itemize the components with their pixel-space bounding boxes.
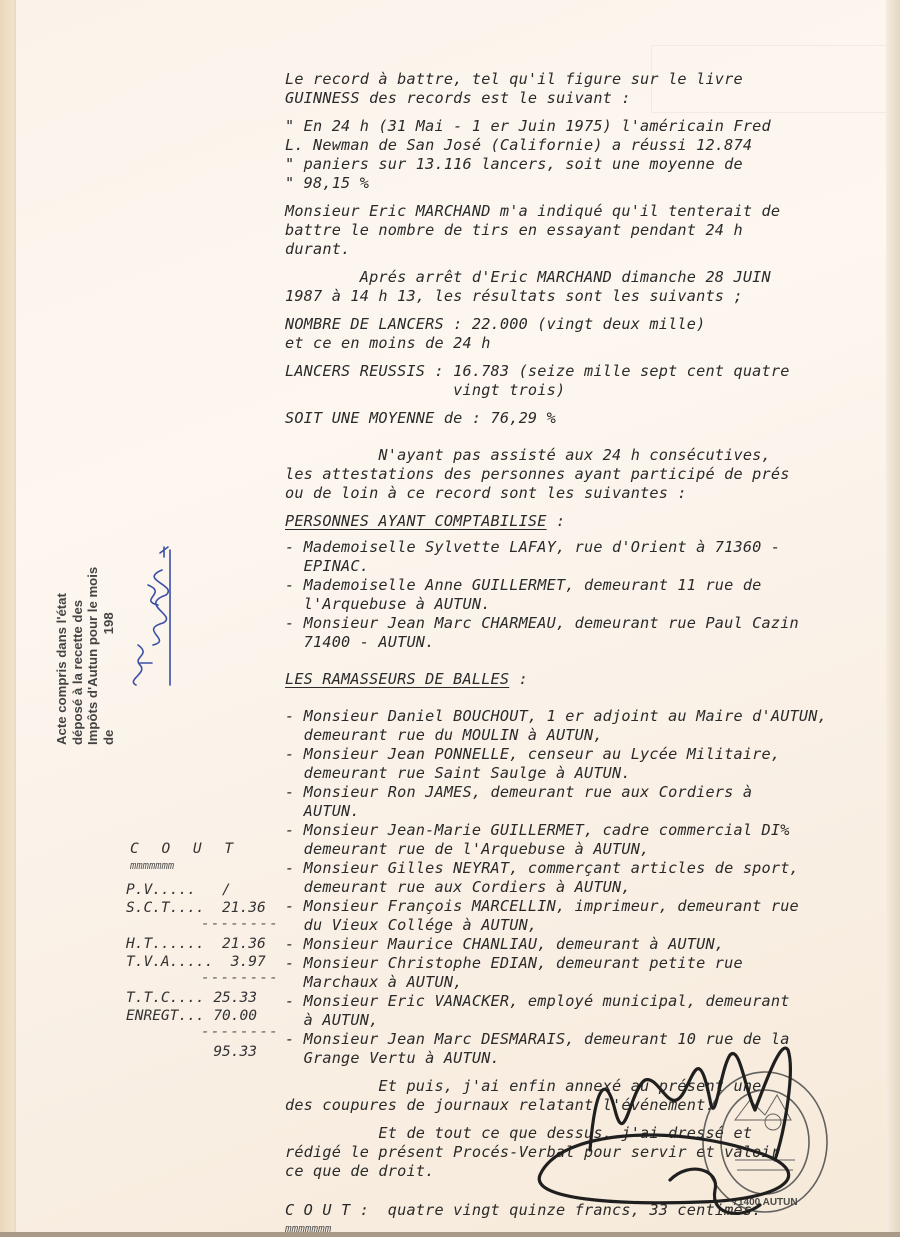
cost-label: H.T...... — [126, 936, 205, 952]
text-line: " En 24 h (31 Mai - 1 er Juin 1975) l'am… — [285, 117, 875, 136]
text-line: demeurant rue Saint Saulge à AUTUN. — [285, 764, 875, 783]
cost-rows: P.V..... /S.C.T.... 21.36--------H.T....… — [126, 881, 279, 1062]
text-line: et ce en moins de 24 h — [285, 334, 875, 353]
text-line: Monsieur Eric MARCHAND m'a indiqué qu'il… — [285, 202, 875, 221]
text-line: les attestations des personnes ayant par… — [285, 465, 875, 484]
text-line: 1987 à 14 h 13, les résultats sont les s… — [285, 287, 875, 306]
cost-value: 70.00 — [213, 1008, 257, 1024]
text-line: - Monsieur Gilles NEYRAT, commerçant art… — [285, 859, 875, 878]
text-line: durant. — [285, 240, 875, 259]
text-line: NOMBRE DE LANCERS : 22.000 (vingt deux m… — [285, 315, 875, 334]
text-line: demeurant rue aux Cordiers à AUTUN, — [285, 878, 875, 897]
cost-value: 95.33 — [213, 1044, 257, 1060]
ball-collectors-list: - Monsieur Daniel BOUCHOUT, 1 er adjoint… — [285, 707, 875, 1068]
text-line: à AUTUN, — [285, 1011, 875, 1030]
cost-row: T.V.A..... 3.97 — [126, 953, 279, 972]
text-line: EPINAC. — [285, 557, 875, 576]
cost-row: H.T...... 21.36 — [126, 935, 279, 954]
cost-value: 25.33 — [213, 990, 257, 1006]
text-line: Marchaux à AUTUN, — [285, 973, 875, 992]
list-item: - Monsieur François MARCELLIN, imprimeur… — [285, 897, 875, 935]
text-line: demeurant rue de l'Arquebuse à AUTUN, — [285, 840, 875, 859]
ball-collectors-heading: LES RAMASSEURS DE BALLES : — [285, 670, 875, 689]
record-intro: Le record à battre, tel qu'il figure sur… — [285, 70, 875, 108]
intent-paragraph: Monsieur Eric MARCHAND m'a indiqué qu'il… — [285, 202, 875, 259]
cost-value: 21.36 — [213, 900, 265, 916]
list-item: - Mademoiselle Sylvette LAFAY, rue d'Ori… — [285, 538, 875, 576]
cost-row: T.T.C.... 25.33 — [126, 989, 279, 1008]
cost-value: 21.36 — [213, 936, 265, 952]
text-line: battre le nombre de tirs en essayant pen… — [285, 221, 875, 240]
text-line: - Monsieur Jean Marc CHARMEAU, demeurant… — [285, 614, 875, 633]
cost-label: S.C.T.... — [126, 900, 205, 916]
counters-heading: PERSONNES AYANT COMPTABILISE : — [285, 512, 875, 531]
text-line: LANCERS REUSSIS : 16.783 (seize mille se… — [285, 362, 875, 381]
cost-separator: -------- — [126, 972, 279, 984]
text-line: - Monsieur Jean-Marie GUILLERMET, cadre … — [285, 821, 875, 840]
cost-row: P.V..... / — [126, 881, 279, 900]
text-line: " 98,15 % — [285, 174, 875, 193]
counters-list: - Mademoiselle Sylvette LAFAY, rue d'Ori… — [285, 538, 875, 652]
list-item: - Monsieur Daniel BOUCHOUT, 1 er adjoint… — [285, 707, 875, 745]
cost-label — [126, 1044, 205, 1060]
margin-note-line: Acte compris dans l'état — [54, 535, 70, 745]
tax-registration-note: Acte compris dans l'état déposé à la rec… — [54, 535, 116, 745]
cost-table: C O U T mmmmmmm P.V..... /S.C.T.... 21.3… — [126, 840, 279, 1061]
heading-colon: : — [547, 512, 566, 530]
text-line: - Monsieur Maurice CHANLIAU, demeurant à… — [285, 935, 875, 954]
margin-note-line: Impôts d'Autun pour le mois — [85, 535, 101, 745]
page-edge-right — [886, 0, 900, 1237]
text-line: demeurant rue du MOULIN à AUTUN, — [285, 726, 875, 745]
successful-throws: LANCERS REUSSIS : 16.783 (seize mille se… — [285, 362, 875, 400]
cost-value: / — [205, 882, 231, 898]
list-item: - Monsieur Maurice CHANLIAU, demeurant à… — [285, 935, 875, 954]
list-item: - Mademoiselle Anne GUILLERMET, demeuran… — [285, 576, 875, 614]
cost-label: T.V.A..... — [126, 954, 213, 970]
cost-table-title: C O U T — [126, 840, 279, 859]
text-line: du Vieux Collége à AUTUN, — [285, 916, 875, 935]
margin-note-line: de 198 — [101, 535, 117, 745]
list-item: - Monsieur Eric VANACKER, employé munici… — [285, 992, 875, 1030]
text-line: - Monsieur Jean PONNELLE, censeur au Lyc… — [285, 745, 875, 764]
text-line: - Monsieur Daniel BOUCHOUT, 1 er adjoint… — [285, 707, 875, 726]
text-line: - Monsieur Ron JAMES, demeurant rue aux … — [285, 783, 875, 802]
margin-handwritten-signature — [118, 545, 178, 695]
cost-label: P.V..... — [126, 882, 196, 898]
text-line: 71400 - AUTUN. — [285, 633, 875, 652]
list-item: - Monsieur Jean Marc CHARMEAU, demeurant… — [285, 614, 875, 652]
cost-separator: -------- — [126, 918, 279, 930]
ball-collectors-heading-text: LES RAMASSEURS DE BALLES — [285, 670, 509, 688]
list-item: - Monsieur Gilles NEYRAT, commerçant art… — [285, 859, 875, 897]
text-line: N'ayant pas assisté aux 24 h consécutive… — [285, 446, 875, 465]
list-item: - Monsieur Christophe EDIAN, demeurant p… — [285, 954, 875, 992]
margin-note-line: déposé à la recette des — [70, 535, 86, 745]
cost-row: ENREGT... 70.00 — [126, 1007, 279, 1026]
cost-table-underline: mmmmmmm — [126, 859, 279, 873]
bailiff-signature — [520, 1030, 840, 1225]
text-line: - Mademoiselle Sylvette LAFAY, rue d'Ori… — [285, 538, 875, 557]
text-line: l'Arquebuse à AUTUN. — [285, 595, 875, 614]
list-item: - Monsieur Ron JAMES, demeurant rue aux … — [285, 783, 875, 821]
cost-separator: -------- — [126, 1026, 279, 1038]
text-line: " paniers sur 13.116 lancers, soit une m… — [285, 155, 875, 174]
counters-heading-text: PERSONNES AYANT COMPTABILISE — [285, 512, 547, 530]
text-line: vingt trois) — [285, 381, 875, 400]
text-line: AUTUN. — [285, 802, 875, 821]
cost-value: 3.97 — [222, 954, 266, 970]
record-quote: " En 24 h (31 Mai - 1 er Juin 1975) l'am… — [285, 117, 875, 193]
average-result: SOIT UNE MOYENNE de : 76,29 % — [285, 409, 875, 428]
text-line: - Mademoiselle Anne GUILLERMET, demeuran… — [285, 576, 875, 595]
page-edge-left — [0, 0, 14, 1237]
text-line: - Monsieur Eric VANACKER, employé munici… — [285, 992, 875, 1011]
text-line: ou de loin à ce record sont les suivante… — [285, 484, 875, 503]
cost-row: S.C.T.... 21.36 — [126, 899, 279, 918]
text-line: - Monsieur François MARCELLIN, imprimeur… — [285, 897, 875, 916]
list-item: - Monsieur Jean-Marie GUILLERMET, cadre … — [285, 821, 875, 859]
text-line: GUINNESS des records est le suivant : — [285, 89, 875, 108]
list-item: - Monsieur Jean PONNELLE, censeur au Lyc… — [285, 745, 875, 783]
text-line: Aprés arrêt d'Eric MARCHAND dimanche 28 … — [285, 268, 875, 287]
throws-count: NOMBRE DE LANCERS : 22.000 (vingt deux m… — [285, 315, 875, 353]
cost-label: T.T.C.... — [126, 990, 205, 1006]
cost-label: ENREGT... — [126, 1008, 205, 1024]
heading-colon: : — [509, 670, 528, 688]
text-line: - Monsieur Christophe EDIAN, demeurant p… — [285, 954, 875, 973]
cost-row: 95.33 — [126, 1043, 279, 1062]
text-line: Le record à battre, tel qu'il figure sur… — [285, 70, 875, 89]
results-intro: Aprés arrêt d'Eric MARCHAND dimanche 28 … — [285, 268, 875, 306]
text-line: L. Newman de San José (Californie) a réu… — [285, 136, 875, 155]
attestations-intro: N'ayant pas assisté aux 24 h consécutive… — [285, 446, 875, 503]
